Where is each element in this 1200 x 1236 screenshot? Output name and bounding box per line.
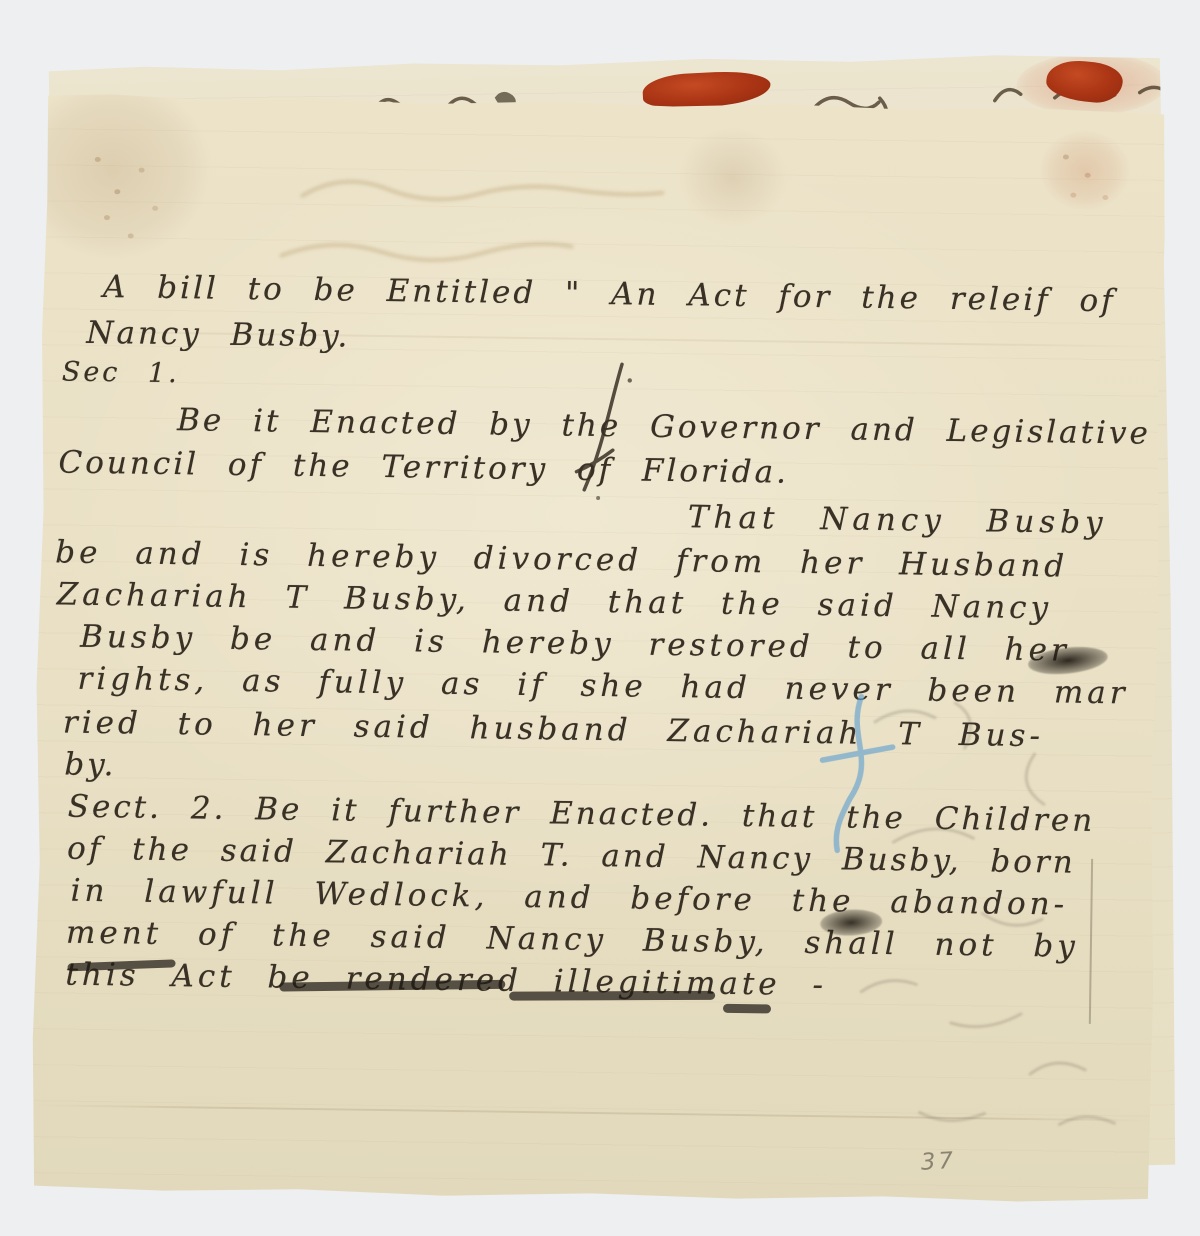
manuscript-line: Nancy Busby. bbox=[86, 315, 351, 355]
manuscript-line: Sec 1. bbox=[62, 356, 180, 389]
ink-stroke-illegitimate-2 bbox=[509, 991, 715, 1001]
manuscript-line: by. bbox=[64, 747, 117, 784]
stain-speckles-upper-right bbox=[1063, 154, 1069, 159]
manuscript-line: Zachariah T Busby, and that the said Nan… bbox=[56, 576, 1052, 626]
manuscript-line: rights, as fully as if she had never bee… bbox=[77, 661, 1129, 712]
scanned-document-scene: A bill to be Entitled " An Act for the r… bbox=[0, 0, 1200, 1236]
manuscript-line: A bill to be Entitled " An Act for the r… bbox=[103, 269, 1116, 319]
front-paper-sheet: A bill to be Entitled " An Act for the r… bbox=[28, 92, 1167, 1208]
pencil-vertical-line bbox=[1089, 859, 1093, 1024]
manuscript-line: ment of the said Nancy Busby, shall not … bbox=[66, 915, 1079, 965]
manuscript-line: Be it Enacted by the Governor and Legisl… bbox=[177, 402, 1151, 452]
pen-flourish bbox=[558, 351, 655, 507]
stain-speckles-upper-left bbox=[95, 157, 101, 162]
manuscript-line: in lawfull Wedlock, and before the aband… bbox=[70, 873, 1068, 923]
manuscript-line: Busby be and is hereby restored to all h… bbox=[80, 619, 1070, 669]
blue-pencil-mark bbox=[803, 688, 915, 865]
manuscript-line: Sect. 2. Be it further Enacted. that the… bbox=[68, 789, 1096, 839]
manuscript-line: Council of the Territory of Florida. bbox=[58, 444, 789, 490]
manuscript-line: be and is hereby divorced from her Husba… bbox=[55, 534, 1068, 584]
ink-stroke-end-dash bbox=[723, 1004, 771, 1014]
manuscript-line: of the said Zachariah T. and Nancy Busby… bbox=[67, 831, 1076, 881]
pencil-page-number: 37 bbox=[920, 1148, 957, 1176]
manuscript-line: That Nancy Busby bbox=[688, 499, 1108, 541]
paper-crease bbox=[30, 1104, 1154, 1122]
ghost-writing-top bbox=[241, 133, 763, 290]
